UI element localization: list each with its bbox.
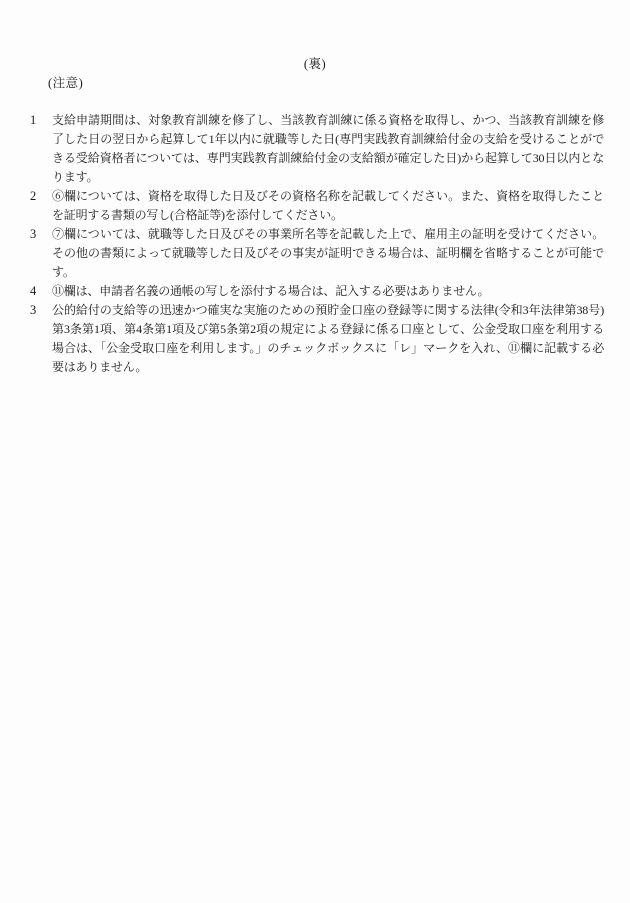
note-item-3: 3 ⑦欄については、就職等した日及びその事業所名等を記載した上で、雇用主の証明を… — [0, 225, 630, 282]
note-number: 1 — [30, 111, 52, 130]
note-text: ⑦欄については、就職等した日及びその事業所名等を記載した上で、雇用主の証明を受け… — [52, 225, 604, 282]
notice-heading: (注意) — [48, 74, 630, 93]
document-page: (裏) (注意) 1 支給申請期間は、対象教育訓練を修了し、当該教育訓練に係る資… — [0, 0, 630, 903]
note-text: 公的給付の支給等の迅速かつ確実な実施のための預貯金口座の登録等に関する法律(令和… — [52, 301, 604, 377]
note-text: ⑥欄については、資格を取得した日及びその資格名称を記載してください。また、資格を… — [52, 187, 604, 225]
note-item-1: 1 支給申請期間は、対象教育訓練を修了し、当該教育訓練に係る資格を取得し、かつ、… — [0, 111, 630, 187]
note-item-5: 3 公的給付の支給等の迅速かつ確実な実施のための預貯金口座の登録等に関する法律(… — [0, 301, 630, 377]
notes-list: 1 支給申請期間は、対象教育訓練を修了し、当該教育訓練に係る資格を取得し、かつ、… — [0, 111, 630, 377]
note-item-2: 2 ⑥欄については、資格を取得した日及びその資格名称を記載してください。また、資… — [0, 187, 630, 225]
note-item-4: 4 ⑪欄は、申請者名義の通帳の写しを添付する場合は、記入する必要はありません。 — [0, 282, 630, 301]
note-number: 3 — [30, 301, 52, 320]
page-side-label: (裏) — [0, 0, 630, 74]
note-text: 支給申請期間は、対象教育訓練を修了し、当該教育訓練に係る資格を取得し、かつ、当該… — [52, 111, 604, 187]
note-number: 2 — [30, 187, 52, 206]
note-number: 4 — [30, 282, 52, 301]
note-number: 3 — [30, 225, 52, 244]
note-text: ⑪欄は、申請者名義の通帳の写しを添付する場合は、記入する必要はありません。 — [52, 282, 604, 301]
